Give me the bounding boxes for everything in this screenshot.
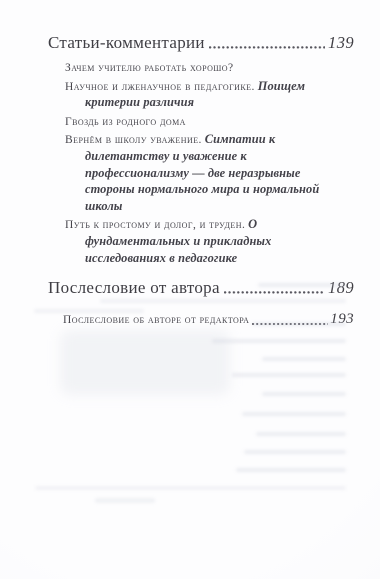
- toc-item-title: Послесловие об авторе от редактора: [63, 314, 249, 326]
- toc-item-title: Путь к простому и долог, и труден.: [65, 219, 245, 231]
- toc-item-list: Зачем учителю работать хорошо? Научное и…: [48, 60, 348, 267]
- toc-item-title: Вернём в школу уважение.: [65, 134, 202, 146]
- toc-chapter-row-articles: Статьи-комментарии 139: [48, 33, 354, 53]
- bleed-through-mark: [262, 392, 346, 396]
- toc-item-title: Зачем учителю работать хорошо?: [65, 62, 234, 74]
- page-number: 193: [330, 311, 354, 328]
- dot-leader: [224, 290, 325, 295]
- table-of-contents: Статьи-комментарии 139 Зачем учителю раб…: [48, 33, 354, 328]
- toc-item: Научное и лженаучное в педагогике. Поище…: [65, 79, 348, 112]
- toc-chapter-row-afterword: Послесловие от автора 189: [48, 278, 354, 298]
- toc-item: Вернём в школу уважение. Симпатии к диле…: [65, 132, 348, 215]
- bleed-through-mark: [35, 486, 346, 490]
- bleed-through-mark: [242, 412, 346, 416]
- chapter-title: Послесловие от автора: [48, 278, 220, 298]
- bleed-through-mark: [95, 498, 155, 503]
- bleed-through-mark: [256, 432, 346, 436]
- bleed-through-patch: [60, 330, 230, 395]
- toc-item: Путь к простому и долог, и труден. О фун…: [65, 217, 348, 267]
- dot-leader: [252, 322, 328, 326]
- bleed-through-mark: [232, 373, 346, 377]
- bleed-through-mark: [236, 468, 346, 472]
- page-number: 189: [328, 278, 354, 298]
- chapter-title: Статьи-комментарии: [48, 33, 205, 53]
- toc-item: Гвоздь из родного дома: [65, 114, 348, 131]
- toc-editor-note-row: Послесловие об авторе от редактора 193: [63, 311, 354, 328]
- bleed-through-mark: [262, 357, 346, 361]
- book-page: Статьи-комментарии 139 Зачем учителю раб…: [0, 0, 380, 579]
- dot-leader: [209, 45, 325, 50]
- toc-item-title: Гвоздь из родного дома: [65, 116, 186, 128]
- toc-item-title: Научное и лженаучное в педагогике.: [65, 81, 255, 93]
- toc-item: Зачем учителю работать хорошо?: [65, 60, 348, 77]
- bleed-through-mark: [212, 339, 346, 343]
- page-number: 139: [328, 33, 354, 53]
- bleed-through-mark: [244, 450, 346, 454]
